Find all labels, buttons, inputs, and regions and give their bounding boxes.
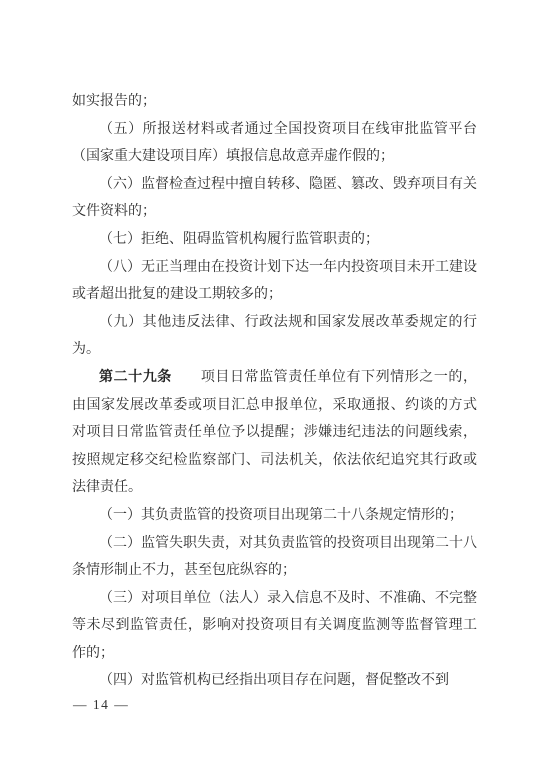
paragraph-item-9: （九）其他违反法律、行政法规和国家发展改革委规定的行为。 (72, 309, 477, 364)
paragraph-item-7: （七）拒绝、阻碍监管机构履行监管职责的； (72, 226, 477, 254)
paragraph-item-1: （一）其负责监管的投资项目出现第二十八条规定情形的； (72, 502, 477, 530)
article-number-label: 第二十九条 (99, 370, 172, 385)
document-page: 如实报告的； （五）所报送材料或者通过全国投资项目在线审批监管平台（国家重大建设… (0, 0, 553, 782)
paragraph-item-3: （三）对项目单位（法人）录入信息不及时、不准确、不完整等未尽到监管责任，影响对投… (72, 585, 477, 668)
document-body: 如实报告的； （五）所报送材料或者通过全国投资项目在线审批监管平台（国家重大建设… (72, 88, 477, 695)
paragraph-article-29: 第二十九条项目日常监管责任单位有下列情形之一的，由国家发展改革委或项目汇总申报单… (72, 364, 477, 502)
article-29-text: 项目日常监管责任单位有下列情形之一的，由国家发展改革委或项目汇总申报单位，采取通… (72, 370, 477, 495)
paragraph-item-5: （五）所报送材料或者通过全国投资项目在线审批监管平台（国家重大建设项目库）填报信… (72, 116, 477, 171)
page-number: — 14 — (73, 697, 129, 712)
paragraph-item-6: （六）监督检查过程中擅自转移、隐匿、篡改、毁弃项目有关文件资料的； (72, 171, 477, 226)
page-footer: — 14 — (73, 697, 129, 713)
paragraph-item-4: （四）对监管机构已经指出项目存在问题，督促整改不到 (72, 667, 477, 695)
paragraph-continuation: 如实报告的； (72, 88, 477, 116)
paragraph-item-8: （八）无正当理由在投资计划下达一年内投资项目未开工建设或者超出批复的建设工期较多… (72, 254, 477, 309)
paragraph-item-2: （二）监管失职失责，对其负责监管的投资项目出现第二十八条情形制止不力，甚至包庇纵… (72, 530, 477, 585)
